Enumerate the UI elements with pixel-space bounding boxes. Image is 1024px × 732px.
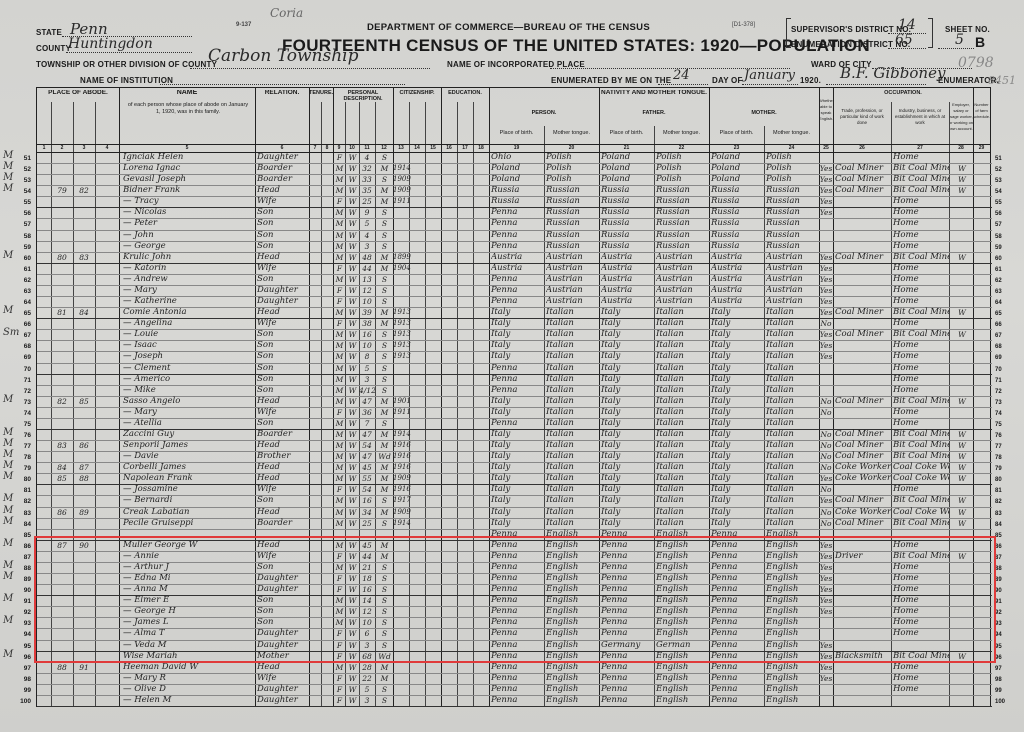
cell-m-birth: Austria bbox=[711, 274, 764, 285]
cell-trade bbox=[835, 274, 891, 285]
cell-relation: Boarder bbox=[257, 429, 309, 440]
table-row: 6060M8083Krulic JohnHeadMW48M1899Austria… bbox=[37, 252, 992, 263]
cell-age: 4 bbox=[359, 230, 375, 241]
cell-family bbox=[73, 484, 95, 495]
cell-f-birth: Italy bbox=[601, 462, 654, 473]
cell-english: Yes bbox=[819, 351, 833, 362]
cell-marital: S bbox=[376, 418, 393, 429]
cell-tongue: Italian bbox=[546, 340, 599, 351]
cell-marital: S bbox=[376, 296, 393, 307]
cell-employer: W bbox=[951, 462, 973, 473]
margin-annotation: M bbox=[3, 172, 13, 183]
cell-marital: M bbox=[376, 396, 393, 407]
table-row: 6161— KatorinWifeFW44M1904AustriaAustria… bbox=[37, 263, 992, 274]
table-row: 9999— Olive DDaughterFW5SPennaEnglishPen… bbox=[37, 684, 992, 695]
cell-marital: M bbox=[376, 318, 393, 329]
cell-dwelling bbox=[51, 241, 73, 252]
cell-age: 10 bbox=[359, 296, 375, 307]
name-description: of each person whose place of abode on J… bbox=[125, 102, 251, 116]
cell-age: 7 bbox=[359, 418, 375, 429]
cell-dwelling bbox=[51, 296, 73, 307]
cell-f-birth: Austria bbox=[601, 285, 654, 296]
cell-race: W bbox=[346, 462, 359, 473]
cell-immig: 1901 bbox=[393, 396, 425, 407]
cell-industry: Bit Coal Mine bbox=[893, 163, 949, 174]
margin-annotation: M bbox=[3, 394, 13, 405]
cell-sex: M bbox=[334, 662, 345, 673]
cell-immig: 1911 bbox=[393, 196, 425, 207]
cell-relation: Head bbox=[257, 252, 309, 263]
cell-f-tongue: Austrian bbox=[656, 263, 709, 274]
cell-m-tongue: Austrian bbox=[766, 252, 819, 263]
cell-dwelling bbox=[51, 484, 73, 495]
cell-english: No bbox=[819, 507, 833, 518]
cell-immig bbox=[393, 374, 425, 385]
cell-f-tongue: English bbox=[656, 684, 709, 695]
cell-name: — Mary bbox=[123, 285, 255, 296]
cell-sex: M bbox=[334, 218, 345, 229]
supervisor-district-value: 14 bbox=[898, 17, 916, 33]
cell-sex: M bbox=[334, 396, 345, 407]
cell-tongue: Italian bbox=[546, 484, 599, 495]
cell-m-birth: Poland bbox=[711, 152, 764, 163]
cell-m-tongue: Italian bbox=[766, 507, 819, 518]
cell-trade bbox=[835, 662, 891, 673]
cell-sex: M bbox=[334, 307, 345, 318]
cell-family: 86 bbox=[73, 440, 95, 451]
cell-family bbox=[73, 351, 95, 362]
cell-marital: S bbox=[376, 329, 393, 340]
cell-english: Yes bbox=[819, 285, 833, 296]
cell-m-birth: Russia bbox=[711, 241, 764, 252]
cell-marital: S bbox=[376, 174, 393, 185]
corner-note-2: 8451 bbox=[988, 74, 1016, 87]
cell-dwelling bbox=[51, 351, 73, 362]
cell-birth: Italy bbox=[491, 396, 544, 407]
cell-english: Yes bbox=[819, 340, 833, 351]
cell-relation: Son bbox=[257, 363, 309, 374]
cell-marital: S bbox=[376, 207, 393, 218]
cell-english bbox=[819, 241, 833, 252]
table-row: 5959— GeorgeSonMW3SPennaRussianRussiaRus… bbox=[37, 241, 992, 252]
cell-f-tongue: Polish bbox=[656, 163, 709, 174]
table-row: 6464— KatherineDaughterFW10SPennaAustria… bbox=[37, 296, 992, 307]
cell-birth: Russia bbox=[491, 196, 544, 207]
father-birth-header: Place of birth. bbox=[599, 130, 654, 136]
column-number: 10 bbox=[345, 145, 359, 151]
column-number: 28 bbox=[949, 145, 973, 151]
cell-f-birth: Poland bbox=[601, 163, 654, 174]
cell-english bbox=[819, 385, 833, 396]
cell-sex: F bbox=[334, 695, 345, 706]
cell-tongue: Russian bbox=[546, 230, 599, 241]
cell-tongue: Russian bbox=[546, 218, 599, 229]
cell-trade: Coal Miner bbox=[835, 429, 891, 440]
cell-sex: M bbox=[334, 230, 345, 241]
cell-race: W bbox=[346, 196, 359, 207]
cell-trade: Coal Miner bbox=[835, 307, 891, 318]
cell-dwelling bbox=[51, 340, 73, 351]
cell-f-birth: Italy bbox=[601, 418, 654, 429]
cell-f-birth: Italy bbox=[601, 495, 654, 506]
cell-tongue: Italian bbox=[546, 407, 599, 418]
cell-name: — Jossamine bbox=[123, 484, 255, 495]
margin-annotation: M bbox=[3, 505, 13, 516]
cell-race: W bbox=[346, 307, 359, 318]
cell-age: 54 bbox=[359, 484, 375, 495]
cell-dwelling bbox=[51, 407, 73, 418]
cell-marital: M bbox=[376, 307, 393, 318]
cell-immig: 1914 bbox=[393, 163, 425, 174]
cell-sex: M bbox=[334, 440, 345, 451]
cell-immig bbox=[393, 274, 425, 285]
cell-m-tongue: English bbox=[766, 662, 819, 673]
cell-m-tongue: Italian bbox=[766, 318, 819, 329]
cell-race: W bbox=[346, 263, 359, 274]
cell-tongue: Russian bbox=[546, 241, 599, 252]
cell-english: No bbox=[819, 396, 833, 407]
cell-birth: Penna bbox=[491, 363, 544, 374]
cell-employer: W bbox=[951, 440, 973, 451]
cell-sex: F bbox=[334, 296, 345, 307]
cell-m-birth: Russia bbox=[711, 207, 764, 218]
ward-label: Ward of city bbox=[811, 60, 872, 69]
cell-marital: M bbox=[376, 484, 393, 495]
cell-tongue: Italian bbox=[546, 507, 599, 518]
cell-sex: M bbox=[334, 241, 345, 252]
cell-relation: Son bbox=[257, 230, 309, 241]
column-number: 25 bbox=[819, 145, 833, 151]
cell-f-birth: Italy bbox=[601, 518, 654, 529]
cell-employer bbox=[951, 218, 973, 229]
cell-dwelling bbox=[51, 196, 73, 207]
cell-employer bbox=[951, 351, 973, 362]
sheet-number-value: 5 bbox=[955, 32, 964, 48]
cell-dwelling: 83 bbox=[51, 440, 73, 451]
cell-immig: 1904 bbox=[393, 263, 425, 274]
cell-m-birth: Italy bbox=[711, 340, 764, 351]
cell-age: 54 bbox=[359, 440, 375, 451]
cell-industry: Home bbox=[893, 684, 949, 695]
column-number: 27 bbox=[891, 145, 949, 151]
cell-name: — Louie bbox=[123, 329, 255, 340]
cell-m-tongue: Italian bbox=[766, 473, 819, 484]
cell-race: W bbox=[346, 363, 359, 374]
cell-m-tongue: Italian bbox=[766, 495, 819, 506]
cell-age: 32 bbox=[359, 163, 375, 174]
table-row: 6767Sm— LouieSonMW16S1913ItalyItalianIta… bbox=[37, 329, 992, 340]
census-sheet: Coria 9-137 DEPARTMENT OF COMMERCE—BUREA… bbox=[0, 0, 1024, 732]
cell-birth: Italy bbox=[491, 451, 544, 462]
cell-industry: Bit Coal Mine bbox=[893, 252, 949, 263]
cell-immig: 1916 bbox=[393, 440, 425, 451]
cell-birth: Austria bbox=[491, 263, 544, 274]
cell-immig: 1916 bbox=[393, 462, 425, 473]
cell-f-birth: Penna bbox=[601, 695, 654, 706]
cell-relation: Boarder bbox=[257, 163, 309, 174]
sheet-number-label: Sheet No. bbox=[945, 25, 990, 34]
cell-tongue: Italian bbox=[546, 396, 599, 407]
cell-sex: F bbox=[334, 318, 345, 329]
cell-relation: Brother bbox=[257, 451, 309, 462]
table-row: 7070— ClementSonMW5SPennaItalianItalyIta… bbox=[37, 363, 992, 374]
cell-marital: S bbox=[376, 363, 393, 374]
cell-relation: Son bbox=[257, 218, 309, 229]
cell-relation: Son bbox=[257, 329, 309, 340]
cell-dwelling bbox=[51, 429, 73, 440]
cell-marital: M bbox=[376, 196, 393, 207]
cell-race: W bbox=[346, 285, 359, 296]
cell-dwelling: 82 bbox=[51, 396, 73, 407]
farm-schedule-header: Number of farm schedule. bbox=[973, 102, 990, 120]
cell-race: W bbox=[346, 318, 359, 329]
cell-m-tongue: English bbox=[766, 695, 819, 706]
cell-m-tongue: Russian bbox=[766, 218, 819, 229]
cell-birth: Italy bbox=[491, 473, 544, 484]
cell-english: Yes bbox=[819, 296, 833, 307]
cell-age: 25 bbox=[359, 518, 375, 529]
margin-annotation: M bbox=[3, 161, 13, 172]
cell-immig bbox=[393, 385, 425, 396]
cell-english: Yes bbox=[819, 329, 833, 340]
column-number: 1 bbox=[37, 145, 51, 151]
cell-employer bbox=[951, 407, 973, 418]
cell-sex: F bbox=[334, 152, 345, 163]
cell-relation: Daughter bbox=[257, 152, 309, 163]
table-row: 6969— JosephSonMW8S1913ItalyItalianItaly… bbox=[37, 351, 992, 362]
cell-name: — Peter bbox=[123, 218, 255, 229]
cell-race: W bbox=[346, 695, 359, 706]
cell-relation: Son bbox=[257, 418, 309, 429]
cell-tongue: Russian bbox=[546, 185, 599, 196]
cell-f-tongue: Italian bbox=[656, 418, 709, 429]
cell-name: Pecile Gruiseppi bbox=[123, 518, 255, 529]
cell-f-birth: Russia bbox=[601, 207, 654, 218]
cell-race: W bbox=[346, 518, 359, 529]
cell-industry: Home bbox=[893, 673, 949, 684]
column-number: 11 bbox=[359, 145, 375, 151]
cell-family bbox=[73, 385, 95, 396]
cell-english: Yes bbox=[819, 185, 833, 196]
cell-name: Creak Labatian bbox=[123, 507, 255, 518]
cell-relation: Head bbox=[257, 396, 309, 407]
table-row: 7878M— DavieBrotherMW47Wd1916ItalyItalia… bbox=[37, 451, 992, 462]
table-row: 6868— IsaacSonMW10S1913ItalyItalianItaly… bbox=[37, 340, 992, 351]
cell-birth: Penna bbox=[491, 230, 544, 241]
cell-english: Yes bbox=[819, 252, 833, 263]
cell-tongue: Polish bbox=[546, 163, 599, 174]
cell-dwelling: 86 bbox=[51, 507, 73, 518]
cell-trade bbox=[835, 207, 891, 218]
cell-dwelling bbox=[51, 285, 73, 296]
cell-english: Yes bbox=[819, 673, 833, 684]
cell-tongue: Italian bbox=[546, 329, 599, 340]
cell-english bbox=[819, 418, 833, 429]
cell-trade bbox=[835, 684, 891, 695]
group-tenure: TENURE. bbox=[309, 90, 333, 96]
cell-marital: S bbox=[376, 518, 393, 529]
enumerated-month: January bbox=[744, 68, 795, 83]
cell-m-tongue: Italian bbox=[766, 329, 819, 340]
cell-m-birth: Penna bbox=[711, 673, 764, 684]
cell-dwelling bbox=[51, 207, 73, 218]
cell-tongue: Austrian bbox=[546, 285, 599, 296]
cell-employer bbox=[951, 374, 973, 385]
cell-m-tongue: Austrian bbox=[766, 296, 819, 307]
cell-sex: M bbox=[334, 507, 345, 518]
column-number: 20 bbox=[544, 145, 599, 151]
cell-relation: Son bbox=[257, 241, 309, 252]
cell-birth: Poland bbox=[491, 163, 544, 174]
cell-f-tongue: Russian bbox=[656, 230, 709, 241]
cell-birth: Penna bbox=[491, 285, 544, 296]
cell-immig: 1916 bbox=[393, 451, 425, 462]
cell-age: 34 bbox=[359, 507, 375, 518]
cell-m-birth: Poland bbox=[711, 163, 764, 174]
cell-m-tongue: Polish bbox=[766, 152, 819, 163]
cell-dwelling: 88 bbox=[51, 662, 73, 673]
cell-marital: S bbox=[376, 495, 393, 506]
cell-industry: Bit Coal Mine bbox=[893, 307, 949, 318]
cell-immig: 1899 bbox=[393, 252, 425, 263]
cell-m-birth: Austria bbox=[711, 285, 764, 296]
cell-employer bbox=[951, 684, 973, 695]
cell-f-birth: Austria bbox=[601, 296, 654, 307]
cell-immig: 1913 bbox=[393, 307, 425, 318]
cell-m-birth: Italy bbox=[711, 407, 764, 418]
cell-relation: Wife bbox=[257, 673, 309, 684]
cell-tongue: Polish bbox=[546, 174, 599, 185]
cell-industry: Bit Coal Mine bbox=[893, 440, 949, 451]
cell-f-birth: Italy bbox=[601, 451, 654, 462]
margin-annotation: M bbox=[3, 150, 13, 161]
cell-relation: Wife bbox=[257, 407, 309, 418]
cell-family bbox=[73, 374, 95, 385]
cell-birth: Penna bbox=[491, 274, 544, 285]
cell-sex: M bbox=[334, 518, 345, 529]
cell-dwelling bbox=[51, 152, 73, 163]
margin-annotation: M bbox=[3, 560, 13, 571]
cell-relation: Son bbox=[257, 495, 309, 506]
cell-name: — Katorin bbox=[123, 263, 255, 274]
person-tongue-header: Mother tongue. bbox=[544, 130, 599, 136]
table-row: 5454M7982Bidner FrankHeadMW35M1909Russia… bbox=[37, 185, 992, 196]
cell-immig: 1913 bbox=[393, 351, 425, 362]
cell-name: — Helen M bbox=[123, 695, 255, 706]
cell-dwelling bbox=[51, 263, 73, 274]
table-row: 8181— JossamineWifeFW54M1916ItalyItalian… bbox=[37, 484, 992, 495]
margin-annotation: M bbox=[3, 615, 13, 626]
cell-industry: Home bbox=[893, 241, 949, 252]
cell-trade: Coal Miner bbox=[835, 163, 891, 174]
cell-birth: Ohio bbox=[491, 152, 544, 163]
group-personal-description: PERSONAL DESCRIPTION. bbox=[333, 90, 393, 102]
cell-m-birth: Russia bbox=[711, 230, 764, 241]
cell-relation: Head bbox=[257, 662, 309, 673]
cell-m-tongue: Italian bbox=[766, 518, 819, 529]
cell-immig: 1909 bbox=[393, 473, 425, 484]
column-number: 19 bbox=[489, 145, 544, 151]
cell-industry: Home bbox=[893, 263, 949, 274]
cell-age: 36 bbox=[359, 407, 375, 418]
margin-annotation: M bbox=[3, 449, 13, 460]
cell-industry: Home bbox=[893, 340, 949, 351]
cell-tongue: Austrian bbox=[546, 296, 599, 307]
cell-trade bbox=[835, 407, 891, 418]
cell-f-tongue: English bbox=[656, 662, 709, 673]
cell-age: 12 bbox=[359, 285, 375, 296]
cell-m-birth: Italy bbox=[711, 318, 764, 329]
cell-age: 3 bbox=[359, 374, 375, 385]
cell-name: Comie Antonia bbox=[123, 307, 255, 318]
cell-birth: Italy bbox=[491, 495, 544, 506]
day-of-label: day of bbox=[712, 76, 743, 85]
cell-industry: Home bbox=[893, 296, 949, 307]
cell-family bbox=[73, 218, 95, 229]
cell-age: 3 bbox=[359, 695, 375, 706]
cell-family bbox=[73, 163, 95, 174]
cell-race: W bbox=[346, 152, 359, 163]
cell-m-birth: Italy bbox=[711, 418, 764, 429]
table-row: 9898— Mary RWifeFW22MPennaEnglishPennaEn… bbox=[37, 673, 992, 684]
cell-family bbox=[73, 518, 95, 529]
cell-m-birth: Penna bbox=[711, 695, 764, 706]
cell-industry: Home bbox=[893, 484, 949, 495]
cell-race: W bbox=[346, 473, 359, 484]
table-row: 5757— PeterSonMW5SPennaRussianRussiaRuss… bbox=[37, 218, 992, 229]
cell-employer bbox=[951, 196, 973, 207]
cell-industry: Bit Coal Mine bbox=[893, 518, 949, 529]
cell-trade bbox=[835, 218, 891, 229]
cell-tongue: Italian bbox=[546, 429, 599, 440]
cell-race: W bbox=[346, 429, 359, 440]
cell-dwelling bbox=[51, 518, 73, 529]
column-number: 4 bbox=[95, 145, 119, 151]
cell-birth: Penna bbox=[491, 296, 544, 307]
cell-trade bbox=[835, 351, 891, 362]
cell-f-tongue: Italian bbox=[656, 340, 709, 351]
cell-relation: Daughter bbox=[257, 684, 309, 695]
table-row: 7474— MaryWifeFW36M1911ItalyItalianItaly… bbox=[37, 407, 992, 418]
column-number: 14 bbox=[409, 145, 425, 151]
enumeration-district-value: 65 bbox=[895, 32, 913, 48]
cell-f-birth: Poland bbox=[601, 152, 654, 163]
cell-industry: Bit Coal Mine bbox=[893, 329, 949, 340]
cell-family: 82 bbox=[73, 185, 95, 196]
cell-race: W bbox=[346, 329, 359, 340]
column-number: 21 bbox=[599, 145, 654, 151]
cell-name: Senporii James bbox=[123, 440, 255, 451]
line-number-right: 100 bbox=[995, 695, 1015, 709]
cell-f-tongue: Italian bbox=[656, 307, 709, 318]
enumerated-label: Enumerated by me on the bbox=[551, 76, 671, 85]
cell-birth: Penna bbox=[491, 241, 544, 252]
cell-m-tongue: Russian bbox=[766, 196, 819, 207]
cell-sex: M bbox=[334, 473, 345, 484]
cell-tongue: Russian bbox=[546, 196, 599, 207]
cell-m-birth: Italy bbox=[711, 507, 764, 518]
cell-industry: Home bbox=[893, 285, 949, 296]
column-number: 2 bbox=[51, 145, 73, 151]
cell-immig bbox=[393, 241, 425, 252]
cell-trade: Coal Miner bbox=[835, 252, 891, 263]
column-number: 26 bbox=[833, 145, 891, 151]
cell-sex: F bbox=[334, 407, 345, 418]
cell-relation: Son bbox=[257, 274, 309, 285]
cell-name: Lorena Ignac bbox=[123, 163, 255, 174]
cell-name: — Atellia bbox=[123, 418, 255, 429]
cell-f-tongue: Italian bbox=[656, 462, 709, 473]
